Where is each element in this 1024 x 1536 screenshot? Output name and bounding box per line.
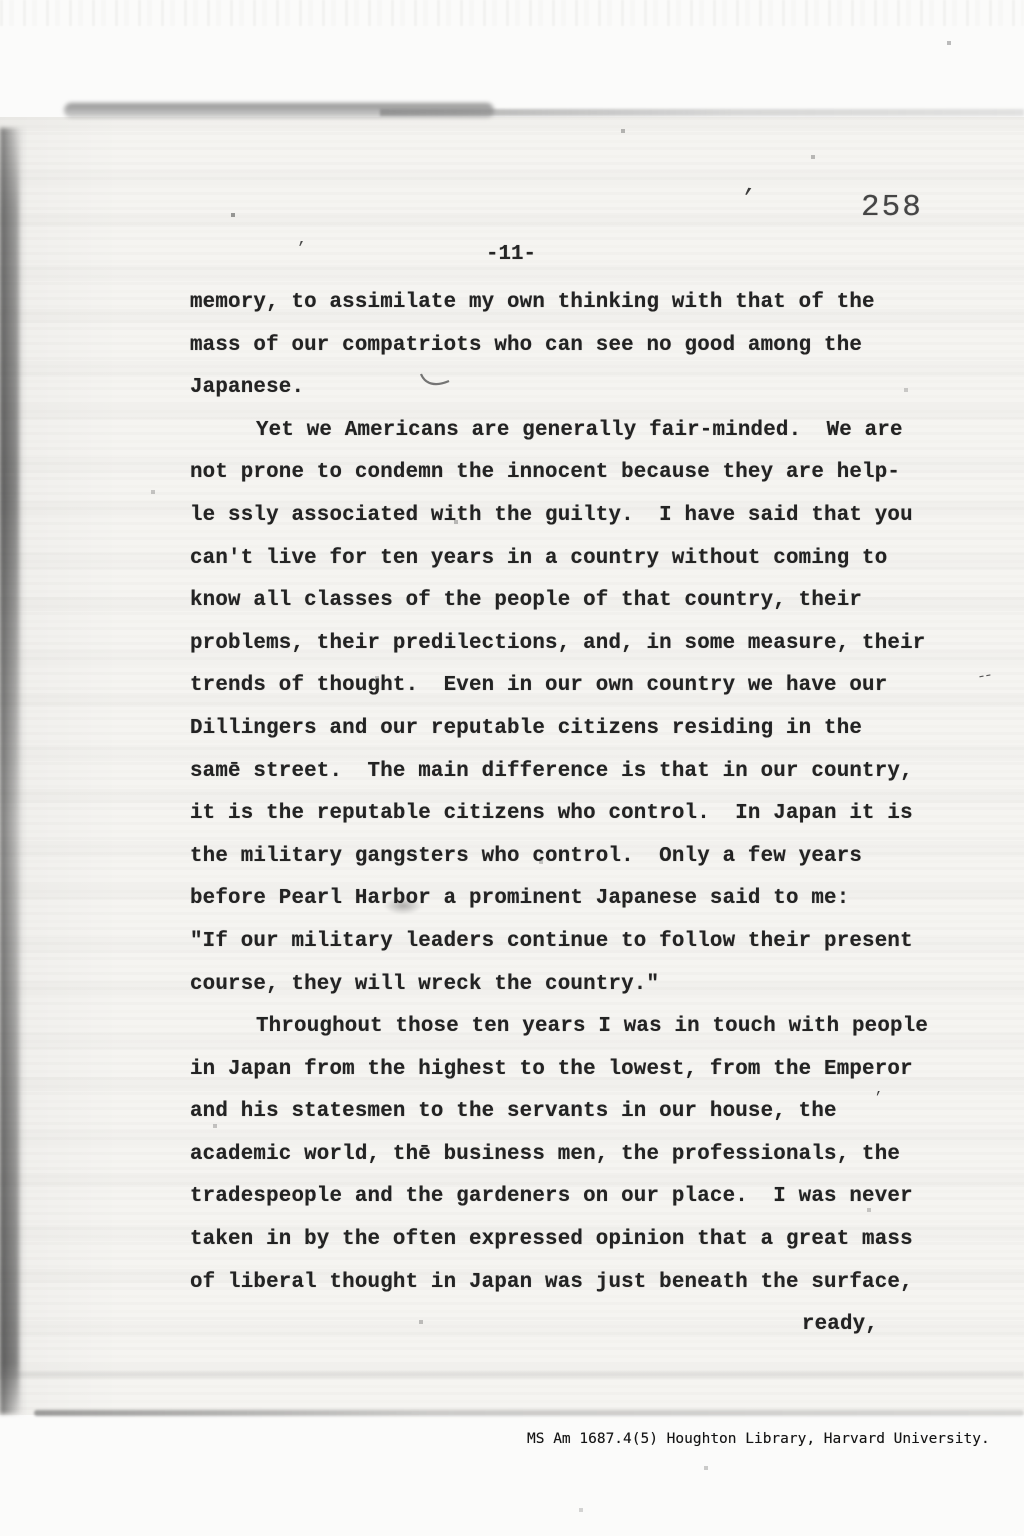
typescript-line: the military gangsters who control. Only… xyxy=(190,836,892,879)
scanned-typescript-page: 258 -11- memory, to assimilate my own th… xyxy=(0,0,1024,1536)
page-left-edge-shadow-variation xyxy=(0,128,19,1414)
stray-pen-mark: ’ xyxy=(296,240,306,259)
library-credit-line: MS Am 1687.4(5) Houghton Library, Harvar… xyxy=(527,1429,990,1449)
typescript-line: before Pearl Harbor a prominent Japanese… xyxy=(190,878,892,921)
margin-dash-mark: -- xyxy=(976,667,993,686)
typescript-line: problems, their predilections, and, in s… xyxy=(190,623,892,666)
page-bottom-edge-shadow xyxy=(34,1410,1024,1416)
typescript-line: know all classes of the people of that c… xyxy=(190,580,892,623)
typescript-line: Throughout those ten years I was in touc… xyxy=(190,1006,892,1049)
typescript-line: and his statesmen to the servants in our… xyxy=(190,1091,892,1134)
typed-folio-label: -11- xyxy=(486,243,536,266)
typewriter-correction-smudge xyxy=(376,893,430,918)
faint-scan-band xyxy=(0,1372,1024,1377)
under-letter-tick-mark: , xyxy=(875,1082,883,1098)
typescript-line: mass of our compatriots who can see no g… xyxy=(190,325,892,368)
archive-page-number: 258 xyxy=(861,190,923,225)
typescript-line: academic world, thē business men, the pr… xyxy=(190,1134,892,1177)
typescript-line: memory, to assimilate my own thinking wi… xyxy=(190,282,892,325)
dust-speckles xyxy=(0,0,2,2)
typescript-body: memory, to assimilate my own thinking wi… xyxy=(190,282,892,1347)
catchword: ready, xyxy=(190,1304,892,1347)
typescript-line: tradespeople and the gardeners on our pl… xyxy=(190,1176,892,1219)
typescript-line: of liberal thought in Japan was just ben… xyxy=(190,1262,892,1305)
typescript-line: Dillingers and our reputable citizens re… xyxy=(190,708,892,751)
typescript-line: taken in by the often expressed opinion … xyxy=(190,1219,892,1262)
typescript-line: Japanese. xyxy=(190,367,892,410)
typescript-line: in Japan from the highest to the lowest,… xyxy=(190,1049,892,1092)
typescript-line: it is the reputable citizens who control… xyxy=(190,793,892,836)
typescript-line: can't live for ten years in a country wi… xyxy=(190,538,892,581)
typescript-line: Yet we Americans are generally fair-mind… xyxy=(190,410,892,453)
typescript-line: le ssly associated with the guilty. I ha… xyxy=(190,495,892,538)
typescript-line: not prone to condemn the innocent becaus… xyxy=(190,452,892,495)
typescript-line: "If our military leaders continue to fol… xyxy=(190,921,892,964)
stray-check-mark xyxy=(418,372,452,395)
typescript-line: trends of thought. Even in our own count… xyxy=(190,665,892,708)
typescript-line: course, they will wreck the country." xyxy=(190,964,892,1007)
page-top-edge-line xyxy=(380,109,1024,116)
scanner-noise-band xyxy=(0,0,1024,26)
typescript-line: samē street. The main difference is that… xyxy=(190,751,892,794)
